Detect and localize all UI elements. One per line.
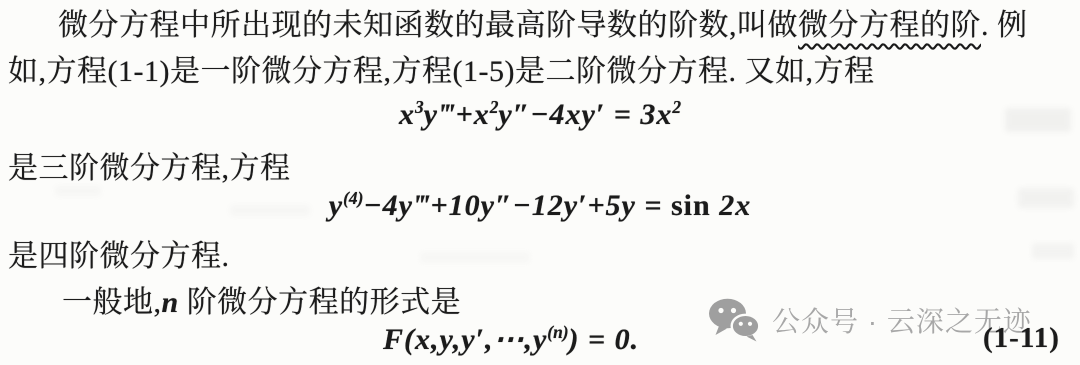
equation-number-label: (1-11)	[983, 322, 1060, 355]
para2-tail: 阶微分方程的形式是	[179, 286, 462, 319]
equation-1-formula: x3y‴+x2y″−4xy′ = 3x2	[399, 98, 681, 131]
equation-3-formula: F(x,y,y′,⋯,y(n)) = 0.	[383, 323, 639, 356]
equation-1: x3y‴+x2y″−4xy′ = 3x2	[0, 97, 1080, 132]
eq2-term3: 2x	[711, 189, 752, 222]
text-fourth-order: 是四阶微分方程.	[8, 238, 230, 276]
textbook-page: 微分方程中所出现的未知函数的最高阶导数的阶数,叫做微分方程的阶. 例 如,方程(…	[0, 0, 1080, 365]
eq1-term3: y″−4xy′ = 3x	[498, 98, 672, 131]
paragraph1-line2: 如,方程(1-1)是一阶微分方程,方程(1-5)是二阶微分方程. 又如,方程	[8, 53, 874, 91]
eq2-sin-function: sin	[671, 189, 711, 222]
paragraph1-line1: 微分方程中所出现的未知函数的最高阶导数的阶数,叫做微分方程的阶. 例	[58, 7, 1028, 45]
equation-2: y(4)−4y‴+10y″−12y′+5y = sin 2x	[0, 188, 1080, 223]
paragraph2-line: 一般地,n 阶微分方程的形式是	[62, 284, 461, 322]
eq1-term2: y‴+x	[424, 98, 490, 131]
para2-lead: 一般地,	[62, 286, 162, 319]
eq1-exponent1: 3	[415, 97, 424, 117]
scan-bleed-mark	[1032, 243, 1074, 259]
equation-3: F(x,y,y′,⋯,y(n)) = 0.	[383, 322, 639, 357]
eq3-order-superscript: (n)	[547, 322, 568, 342]
eq2-term2: −4y‴+10y″−12y′+5y =	[363, 189, 671, 222]
eq1-exponent3: 2	[672, 97, 681, 117]
eq3-term1: F(x,y,y′,⋯,y	[383, 323, 547, 356]
para2-variable-n: n	[162, 286, 179, 319]
eq1-term1: x	[399, 98, 415, 131]
eq2-order-superscript: (4)	[343, 188, 363, 208]
equation-2-formula: y(4)−4y‴+10y″−12y′+5y = sin 2x	[329, 189, 751, 222]
para1-line1-lead: 微分方程中所出现的未知函数的最高阶导数的阶数,叫做	[58, 9, 798, 42]
eq3-term2: ) = 0.	[569, 323, 640, 356]
para1-line1-emphasis-wavy-underline: 微分方程的阶	[798, 9, 981, 42]
wechat-icon	[708, 297, 760, 342]
scan-bleed-mark	[420, 252, 530, 263]
para1-line1-tail: . 例	[981, 9, 1028, 42]
eq2-term1: y	[329, 189, 343, 222]
text-third-order: 是三阶微分方程,方程	[8, 150, 291, 188]
